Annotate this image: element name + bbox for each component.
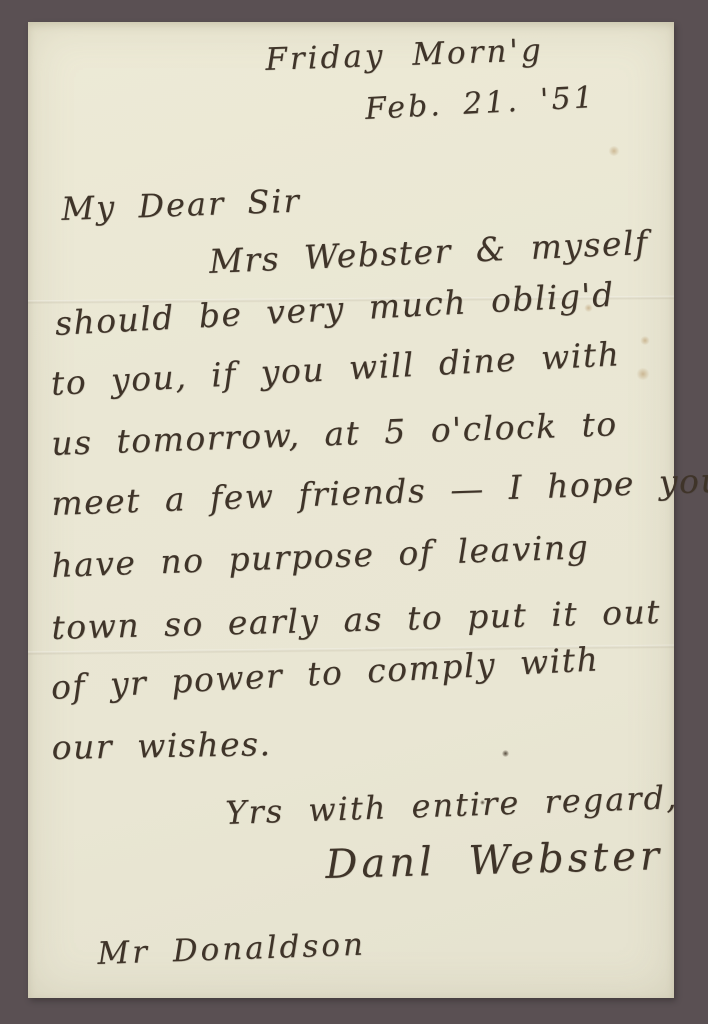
dateline-day: Friday Morn'g — [265, 32, 545, 78]
salutation: My Dear Sir — [61, 182, 302, 228]
letter-paper: Friday Morn'g Feb. 21. '51 My Dear Sir M… — [28, 22, 674, 998]
body-line: meet a few friends — I hope you — [51, 461, 708, 523]
body-line: Mrs Webster & myself — [208, 223, 649, 281]
body-line: to you, if you will dine with — [50, 334, 621, 403]
body-line: town so early as to put it out — [51, 592, 661, 647]
dateline-date: Feb. 21. '51 — [364, 80, 596, 127]
foxing-spot — [636, 368, 650, 380]
foxing-spot — [640, 336, 650, 345]
body-line: should be very much oblig'd — [54, 275, 616, 343]
body-line: us tomorrow, at 5 o'clock to — [51, 404, 619, 463]
scanned-letter-photo: Friday Morn'g Feb. 21. '51 My Dear Sir M… — [0, 0, 708, 1024]
closing-line: Yrs with entire regard, — [225, 778, 679, 832]
addressee-docket: Mr Donaldson — [97, 927, 367, 972]
body-line: our wishes. — [51, 724, 271, 767]
foxing-spot — [608, 146, 620, 156]
signature: Danl Webster — [325, 833, 664, 888]
body-line: have no purpose of leaving — [51, 527, 590, 585]
body-line: of yr power to comply with — [50, 639, 600, 707]
ink-dot — [502, 750, 509, 757]
